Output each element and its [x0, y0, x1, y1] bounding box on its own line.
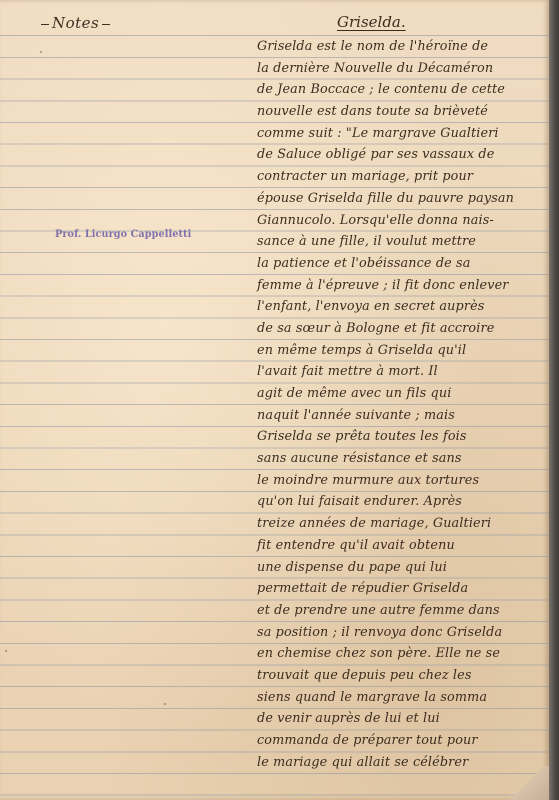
- owner-stamp: Prof. Licurgo Cappelletti: [55, 228, 191, 240]
- text-line: une dispense du pape qui lui: [257, 557, 535, 579]
- ink-speck: [5, 650, 7, 652]
- text-line: le mariage qui allait se célébrer: [257, 752, 535, 774]
- text-line: commanda de préparer tout pour: [257, 730, 535, 752]
- text-line: en chemise chez son père. Elle ne se: [257, 643, 535, 665]
- text-line: la dernière Nouvelle du Décaméron: [257, 58, 535, 80]
- text-line: permettait de répudier Griselda: [257, 578, 535, 600]
- text-line: sa position ; il renvoya donc Griselda: [257, 622, 535, 644]
- manuscript-text: Griselda. Griselda est le nom de l'héroï…: [257, 0, 547, 800]
- text-line: treize années de mariage, Gualtieri: [257, 513, 535, 535]
- binding-edge: [549, 0, 559, 800]
- text-line: le moindre murmure aux tortures: [257, 470, 535, 492]
- text-line: contracter un mariage, prit pour: [257, 166, 535, 188]
- text-line: agit de même avec un fils qui: [257, 383, 535, 405]
- text-line: en même temps à Griselda qu'il: [257, 340, 535, 362]
- ink-speck: [164, 703, 166, 705]
- notes-heading: Notes: [38, 14, 113, 32]
- text-line: et de prendre une autre femme dans: [257, 600, 535, 622]
- text-line: l'enfant, l'envoya en secret auprès: [257, 296, 535, 318]
- text-line: comme suit : "Le margrave Gualtieri: [257, 123, 535, 145]
- text-line: femme à l'épreuve ; il fit donc enlever: [257, 275, 535, 297]
- text-line: la patience et l'obéissance de sa: [257, 253, 535, 275]
- text-line: l'avait fait mettre à mort. Il: [257, 361, 535, 383]
- text-line: de Jean Boccace ; le contenu de cette: [257, 79, 535, 101]
- text-line: Griselda se prêta toutes les fois: [257, 426, 535, 448]
- text-line: naquit l'année suivante ; mais: [257, 405, 535, 427]
- text-line: fit entendre qu'il avait obtenu: [257, 535, 535, 557]
- page-title: Griselda.: [337, 13, 406, 31]
- text-line: qu'on lui faisait endurer. Après: [257, 491, 535, 513]
- text-line: Giannucolo. Lorsqu'elle donna nais-: [257, 210, 535, 232]
- text-line: sance à une fille, il voulut mettre: [257, 231, 535, 253]
- text-line: de sa sœur à Bologne et fit accroire: [257, 318, 535, 340]
- ink-speck: [40, 51, 42, 53]
- text-line: siens quand le margrave la somma: [257, 687, 535, 709]
- text-line: nouvelle est dans toute sa brièveté: [257, 101, 535, 123]
- text-line: Griselda est le nom de l'héroïne de: [257, 36, 535, 58]
- text-line: de Saluce obligé par ses vassaux de: [257, 144, 535, 166]
- manuscript-page: Notes Prof. Licurgo Cappelletti Griselda…: [0, 0, 549, 800]
- worn-corner: [503, 766, 549, 800]
- text-line: épouse Griselda fille du pauvre paysan: [257, 188, 535, 210]
- text-line: sans aucune résistance et sans: [257, 448, 535, 470]
- text-line: trouvait que depuis peu chez les: [257, 665, 535, 687]
- text-line: de venir auprès de lui et lui: [257, 708, 535, 730]
- text-lines: Griselda est le nom de l'héroïne de la d…: [257, 36, 547, 773]
- notes-margin: Notes Prof. Licurgo Cappelletti: [0, 0, 240, 800]
